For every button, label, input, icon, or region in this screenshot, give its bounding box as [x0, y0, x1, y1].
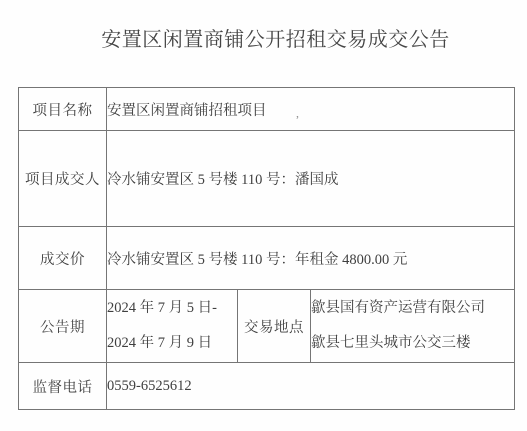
location-line-1: 歙县国有资产运营有限公司: [311, 291, 514, 326]
page-title: 安置区闲置商铺公开招租交易成交公告: [0, 23, 527, 52]
trade-location-label: 交易地点: [238, 290, 311, 363]
announcement-table: 项目名称 安置区闲置商铺招租项目 项目成交人 冷水铺安置区 5 号楼 110 号…: [18, 87, 515, 410]
table-row-deal-person: 项目成交人 冷水铺安置区 5 号楼 110 号：潘国成: [19, 131, 515, 227]
announce-period-value: 2024 年 7 月 5 日- 2024 年 7 月 9 日: [107, 290, 238, 363]
supervise-phone-value: 0559-6525612: [107, 363, 515, 410]
deal-person-label: 项目成交人: [19, 131, 107, 227]
location-line-2: 歙县七里头城市公交三楼: [311, 326, 514, 361]
deal-person-value: 冷水铺安置区 5 号楼 110 号：潘国成: [107, 131, 515, 227]
table-row-supervise-phone: 监督电话 0559-6525612: [19, 363, 515, 410]
deal-price-value: 冷水铺安置区 5 号楼 110 号：年租金 4800.00 元: [107, 227, 515, 290]
period-line-2: 2024 年 7 月 9 日: [107, 326, 237, 361]
trade-location-value: 歙县国有资产运营有限公司 歙县七里头城市公交三楼: [311, 290, 515, 363]
announce-period-label: 公告期: [19, 290, 107, 363]
table-row-deal-price: 成交价 冷水铺安置区 5 号楼 110 号：年租金 4800.00 元: [19, 227, 515, 290]
period-line-1: 2024 年 7 月 5 日-: [107, 291, 237, 326]
table-row-project-name: 项目名称 安置区闲置商铺招租项目: [19, 88, 515, 131]
project-name-value: 安置区闲置商铺招租项目: [107, 88, 515, 131]
supervise-phone-label: 监督电话: [19, 363, 107, 410]
deal-price-label: 成交价: [19, 227, 107, 290]
project-name-label: 项目名称: [19, 88, 107, 131]
document-page: 安置区闲置商铺公开招租交易成交公告 , 项目名称 安置区闲置商铺招租项目 项目成…: [0, 0, 527, 431]
table-row-announce-period: 公告期 2024 年 7 月 5 日- 2024 年 7 月 9 日 交易地点 …: [19, 290, 515, 363]
